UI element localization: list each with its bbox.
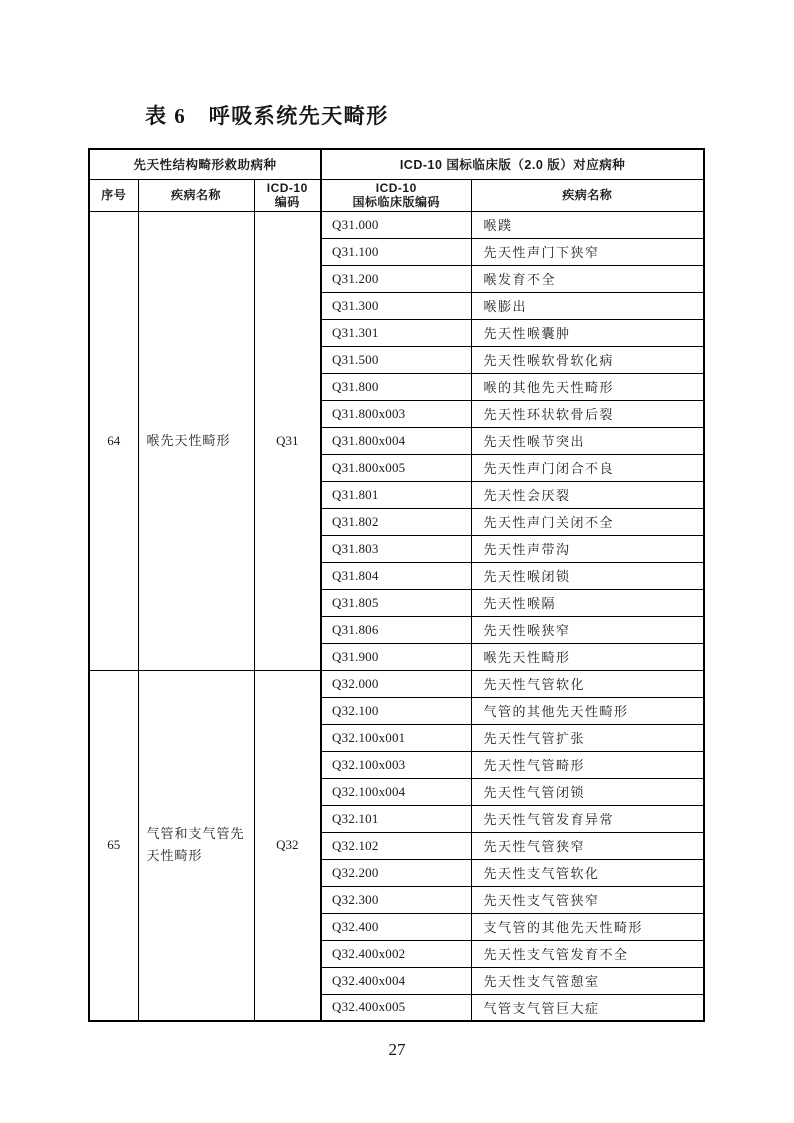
row-clinical-code-cell: Q32.000 xyxy=(321,670,471,697)
row-clinical-code-cell: Q31.800x003 xyxy=(321,400,471,427)
row-disease-name-cell: 先天性会厌裂 xyxy=(471,481,704,508)
row-clinical-code-cell: Q31.800x005 xyxy=(321,454,471,481)
group-icd-cell: Q32 xyxy=(254,670,321,1021)
row-clinical-code-cell: Q32.100x004 xyxy=(321,778,471,805)
row-clinical-code-cell: Q31.805 xyxy=(321,589,471,616)
row-disease-name-cell: 先天性气管闭锁 xyxy=(471,778,704,805)
row-clinical-code-cell: Q32.300 xyxy=(321,886,471,913)
row-clinical-code-cell: Q31.500 xyxy=(321,346,471,373)
row-clinical-code-cell: Q32.100x001 xyxy=(321,724,471,751)
row-disease-name-cell: 先天性环状软骨后裂 xyxy=(471,400,704,427)
row-clinical-code-cell: Q32.102 xyxy=(321,832,471,859)
col-header-disease-name-right: 疾病名称 xyxy=(471,179,704,211)
table-row: 65气管和支气管先天性畸形Q32Q32.000先天性气管软化 xyxy=(89,670,704,697)
row-disease-name-cell: 先天性支气管软化 xyxy=(471,859,704,886)
row-clinical-code-cell: Q31.200 xyxy=(321,265,471,292)
col-header-clinical-code: ICD-10 国标临床版编码 xyxy=(321,179,471,211)
row-clinical-code-cell: Q31.100 xyxy=(321,238,471,265)
row-disease-name-cell: 先天性支气管发育不全 xyxy=(471,940,704,967)
row-disease-name-cell: 气管的其他先天性畸形 xyxy=(471,697,704,724)
group-seq-cell: 65 xyxy=(89,670,138,1021)
row-disease-name-cell: 气管支气管巨大症 xyxy=(471,994,704,1021)
row-clinical-code-cell: Q32.200 xyxy=(321,859,471,886)
group-icd-cell: Q31 xyxy=(254,211,321,670)
row-disease-name-cell: 先天性支气管憩室 xyxy=(471,967,704,994)
table-container: 先天性结构畸形救助病种 ICD-10 国标临床版（2.0 版）对应病种 序号 疾… xyxy=(88,148,705,1022)
row-disease-name-cell: 先天性气管软化 xyxy=(471,670,704,697)
col-header-seq: 序号 xyxy=(89,179,138,211)
row-disease-name-cell: 先天性喉狭窄 xyxy=(471,616,704,643)
row-disease-name-cell: 先天性声门下狭窄 xyxy=(471,238,704,265)
row-disease-name-cell: 喉先天性畸形 xyxy=(471,643,704,670)
row-disease-name-cell: 先天性气管狭窄 xyxy=(471,832,704,859)
icd-mapping-table: 先天性结构畸形救助病种 ICD-10 国标临床版（2.0 版）对应病种 序号 疾… xyxy=(88,148,705,1022)
table-caption: 表 6 呼吸系统先天畸形 xyxy=(145,100,389,130)
row-clinical-code-cell: Q31.900 xyxy=(321,643,471,670)
row-disease-name-cell: 喉膨出 xyxy=(471,292,704,319)
page-number: 27 xyxy=(0,1040,794,1060)
row-clinical-code-cell: Q32.100 xyxy=(321,697,471,724)
col-header-icd-code: ICD-10 编码 xyxy=(254,179,321,211)
document-page: 表 6 呼吸系统先天畸形 先天性结构畸形救助病种 ICD-10 国标临床版（2.… xyxy=(0,0,794,1123)
col-header-disease-name: 疾病名称 xyxy=(138,179,254,211)
row-clinical-code-cell: Q31.800 xyxy=(321,373,471,400)
row-disease-name-cell: 先天性气管扩张 xyxy=(471,724,704,751)
row-clinical-code-cell: Q31.300 xyxy=(321,292,471,319)
group-seq-cell: 64 xyxy=(89,211,138,670)
row-disease-name-cell: 先天性声门关闭不全 xyxy=(471,508,704,535)
header-group-left: 先天性结构畸形救助病种 xyxy=(89,149,321,179)
row-clinical-code-cell: Q31.000 xyxy=(321,211,471,238)
row-disease-name-cell: 支气管的其他先天性畸形 xyxy=(471,913,704,940)
header-group-right: ICD-10 国标临床版（2.0 版）对应病种 xyxy=(321,149,704,179)
row-disease-name-cell: 先天性气管发育异常 xyxy=(471,805,704,832)
row-clinical-code-cell: Q31.804 xyxy=(321,562,471,589)
row-disease-name-cell: 先天性喉囊肿 xyxy=(471,319,704,346)
row-clinical-code-cell: Q31.803 xyxy=(321,535,471,562)
row-clinical-code-cell: Q32.400 xyxy=(321,913,471,940)
row-disease-name-cell: 先天性声门闭合不良 xyxy=(471,454,704,481)
row-clinical-code-cell: Q32.100x003 xyxy=(321,751,471,778)
row-disease-name-cell: 先天性喉闭锁 xyxy=(471,562,704,589)
group-disease-cell: 喉先天性畸形 xyxy=(138,211,254,670)
row-clinical-code-cell: Q31.806 xyxy=(321,616,471,643)
table-body: 64喉先天性畸形Q31Q31.000喉蹼Q31.100先天性声门下狭窄Q31.2… xyxy=(89,211,704,1021)
row-clinical-code-cell: Q32.400x004 xyxy=(321,967,471,994)
row-clinical-code-cell: Q31.301 xyxy=(321,319,471,346)
row-disease-name-cell: 喉的其他先天性畸形 xyxy=(471,373,704,400)
row-disease-name-cell: 先天性支气管狭窄 xyxy=(471,886,704,913)
row-disease-name-cell: 喉发育不全 xyxy=(471,265,704,292)
row-disease-name-cell: 先天性喉软骨软化病 xyxy=(471,346,704,373)
row-disease-name-cell: 喉蹼 xyxy=(471,211,704,238)
table-row: 64喉先天性畸形Q31Q31.000喉蹼 xyxy=(89,211,704,238)
row-disease-name-cell: 先天性喉节突出 xyxy=(471,427,704,454)
row-clinical-code-cell: Q31.802 xyxy=(321,508,471,535)
row-disease-name-cell: 先天性喉隔 xyxy=(471,589,704,616)
row-clinical-code-cell: Q31.800x004 xyxy=(321,427,471,454)
row-disease-name-cell: 先天性声带沟 xyxy=(471,535,704,562)
row-disease-name-cell: 先天性气管畸形 xyxy=(471,751,704,778)
row-clinical-code-cell: Q32.400x002 xyxy=(321,940,471,967)
row-clinical-code-cell: Q32.400x005 xyxy=(321,994,471,1021)
row-clinical-code-cell: Q31.801 xyxy=(321,481,471,508)
group-disease-cell: 气管和支气管先天性畸形 xyxy=(138,670,254,1021)
row-clinical-code-cell: Q32.101 xyxy=(321,805,471,832)
